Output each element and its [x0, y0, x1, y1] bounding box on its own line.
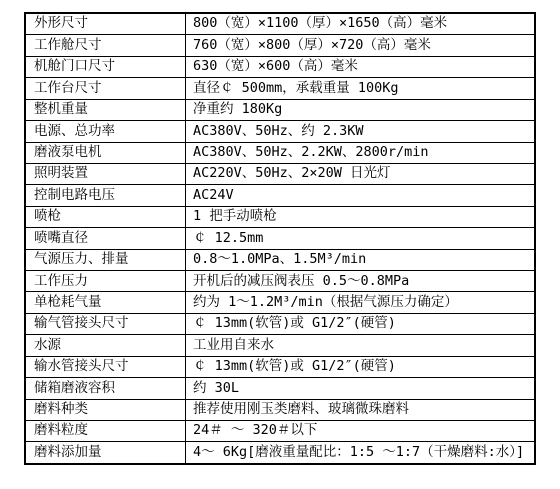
table-row: 输水管接头尺寸￠ 13mm(软管)或 G1/2″(硬管) [26, 356, 534, 377]
table-row: 水源工业用自来水 [26, 334, 534, 355]
spec-value: AC24V [186, 185, 534, 205]
spec-label: 喷枪 [26, 207, 186, 227]
spec-value: 800（宽）×1100（厚）×1650（高）毫米 [186, 14, 534, 34]
table-row: 工作台尺寸直径￠ 500mm，承载重量 100Kg [26, 77, 534, 98]
spec-value: AC380V、50Hz、2.2KW、2800r/min [186, 143, 534, 163]
spec-label: 喷嘴直径 [26, 228, 186, 248]
spec-sheet-page: 外形尺寸800（宽）×1100（厚）×1650（高）毫米工作舱尺寸760（宽）×… [0, 0, 560, 489]
table-row: 机舱门口尺寸630（宽）×600（高）毫米 [26, 56, 534, 77]
table-row: 单枪耗气量约为 1～1.2M³/min（根据气源压力确定） [26, 291, 534, 312]
table-row: 照明装置AC220V、50Hz、2×20W 日光灯 [26, 163, 534, 184]
table-row: 输气管接头尺寸￠ 13mm(软管)或 G1/2″(硬管) [26, 313, 534, 334]
table-row: 磨料添加量4～ 6Kg[磨液重量配比：1:5 ～1:7（干燥磨料:水）] [26, 441, 534, 462]
spec-label: 储箱磨液容积 [26, 378, 186, 398]
spec-value: ￠ 12.5mm [186, 228, 534, 248]
table-row: 电源、总功率AC380V、50Hz、约 2.3KW [26, 120, 534, 141]
table-row: 磨料粒度24＃ ～ 320＃以下 [26, 420, 534, 441]
table-row: 控制电路电压AC24V [26, 184, 534, 205]
spec-value: 直径￠ 500mm，承载重量 100Kg [186, 78, 534, 98]
spec-value: 净重约 180Kg [186, 100, 534, 120]
table-row: 喷嘴直径￠ 12.5mm [26, 227, 534, 248]
spec-label: 机舱门口尺寸 [26, 57, 186, 77]
table-row: 磨料种类推荐使用刚玉类磨料、玻璃微珠磨料 [26, 399, 534, 420]
spec-label: 磨液泵电机 [26, 143, 186, 163]
spec-value: ￠ 13mm(软管)或 G1/2″(硬管) [186, 357, 534, 377]
table-row: 整机重量净重约 180Kg [26, 99, 534, 120]
spec-value: 推荐使用刚玉类磨料、玻璃微珠磨料 [186, 400, 534, 420]
spec-label: 整机重量 [26, 100, 186, 120]
spec-label: 控制电路电压 [26, 185, 186, 205]
spec-label: 输水管接头尺寸 [26, 357, 186, 377]
table-row: 外形尺寸800（宽）×1100（厚）×1650（高）毫米 [26, 14, 534, 34]
spec-value: 开机后的减压阀表压 0.5～0.8MPa [186, 271, 534, 291]
spec-label: 输气管接头尺寸 [26, 314, 186, 334]
spec-label: 工作压力 [26, 271, 186, 291]
table-row: 工作压力开机后的减压阀表压 0.5～0.8MPa [26, 270, 534, 291]
spec-value: 4～ 6Kg[磨液重量配比：1:5 ～1:7（干燥磨料:水）] [186, 442, 534, 462]
spec-label: 磨料种类 [26, 400, 186, 420]
spec-label: 照明装置 [26, 164, 186, 184]
spec-label: 水源 [26, 335, 186, 355]
spec-label: 外形尺寸 [26, 14, 186, 34]
spec-label: 工作台尺寸 [26, 78, 186, 98]
spec-value: 24＃ ～ 320＃以下 [186, 421, 534, 441]
spec-value: 760（宽）×800（厚）×720（高）毫米 [186, 35, 534, 55]
spec-table: 外形尺寸800（宽）×1100（厚）×1650（高）毫米工作舱尺寸760（宽）×… [24, 12, 536, 465]
spec-value: AC220V、50Hz、2×20W 日光灯 [186, 164, 534, 184]
table-row: 储箱磨液容积约 30L [26, 377, 534, 398]
spec-value: AC380V、50Hz、约 2.3KW [186, 121, 534, 141]
spec-label: 单枪耗气量 [26, 292, 186, 312]
table-row: 喷枪1 把手动喷枪 [26, 206, 534, 227]
spec-value: 0.8～1.0MPa、1.5M³/min [186, 250, 534, 270]
table-row: 工作舱尺寸760（宽）×800（厚）×720（高）毫米 [26, 34, 534, 55]
spec-value: 工业用自来水 [186, 335, 534, 355]
spec-value: ￠ 13mm(软管)或 G1/2″(硬管) [186, 314, 534, 334]
spec-value: 约 30L [186, 378, 534, 398]
spec-value: 630（宽）×600（高）毫米 [186, 57, 534, 77]
spec-label: 气源压力、排量 [26, 250, 186, 270]
spec-label: 工作舱尺寸 [26, 35, 186, 55]
spec-label: 磨料添加量 [26, 442, 186, 462]
table-row: 磨液泵电机AC380V、50Hz、2.2KW、2800r/min [26, 142, 534, 163]
spec-label: 磨料粒度 [26, 421, 186, 441]
spec-value: 约为 1～1.2M³/min（根据气源压力确定） [186, 292, 534, 312]
spec-value: 1 把手动喷枪 [186, 207, 534, 227]
table-row: 气源压力、排量0.8～1.0MPa、1.5M³/min [26, 249, 534, 270]
spec-label: 电源、总功率 [26, 121, 186, 141]
